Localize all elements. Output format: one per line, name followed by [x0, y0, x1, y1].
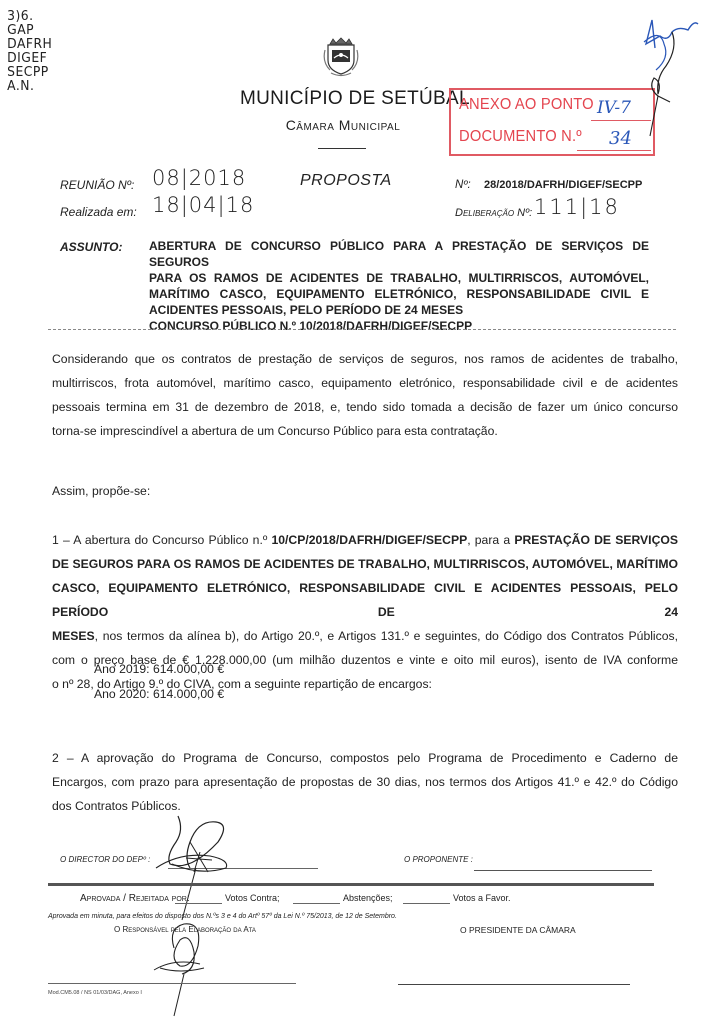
note-line: DAFRH [7, 38, 52, 52]
encargo-2020: Ano 2020: 614.000,00 € [94, 687, 224, 701]
abstentions-field [293, 903, 340, 904]
encargo-2019: Ano 2019: 614.000,00 € [94, 662, 224, 676]
votes-favor-field [403, 903, 450, 904]
municipality-title: MUNICÍPIO DE SETÚBAL [240, 88, 446, 110]
deliberacao-label: Deliberação Nº: [455, 207, 532, 219]
note-line: DIGEF [7, 52, 52, 66]
paragraph-line: pessoais termina em 31 de dezembro de 20… [52, 395, 678, 419]
coat-of-arms-icon [322, 36, 360, 78]
form-reference: Mod.CM5.08 / NS 01/03/DAG, Anexo I [48, 990, 142, 996]
stamp-label-documento: DOCUMENTO N.º [459, 128, 582, 146]
paragraph-line: CASCO, EQUIPAMENTO ELETRÓNICO, RESPONSAB… [52, 576, 678, 624]
minutes-signature-line [48, 983, 296, 984]
title-divider [318, 148, 366, 149]
minutes-signature [140, 918, 230, 1018]
proposal-item-2: 2 – A aprovação do Programa de Concurso,… [52, 746, 678, 818]
stamp-label-ponto: ANEXO AO PONTO [459, 96, 594, 114]
proposal-number-label: Nº: [455, 179, 471, 191]
president-signature-line [398, 984, 630, 985]
subject-line: PARA OS RAMOS DE ACIDENTES DE TRABALHO, … [149, 270, 649, 286]
reuniao-value: 08|2018 [152, 166, 246, 190]
text-run: , nos termos da alínea b), do Artigo 20.… [95, 629, 678, 643]
text-run-bold: CASCO, EQUIPAMENTO ELETRÓNICO, RESPONSAB… [52, 581, 678, 619]
subject-line: ACIDENTES PESSOAIS, PELO PERÍODO DE 24 M… [149, 302, 649, 318]
approval-label: Aprovada / Rejeitada por: [80, 893, 190, 904]
subject-line: ABERTURA DE CONCURSO PÚBLICO PARA A PRES… [149, 238, 649, 270]
assim-propoe-se: Assim, propõe-se: [52, 484, 150, 498]
stamp-underline [577, 150, 651, 151]
text-run-bold: MESES [52, 629, 95, 643]
subject-line: CONCURSO PÚBLICO N.º 10/2018/DAFRH/DIGEF… [149, 318, 649, 334]
realizada-value: 18|04|18 [152, 193, 254, 217]
text-run: , para a [467, 533, 514, 547]
considerando-paragraph: Considerando que os contratos de prestaç… [52, 347, 678, 443]
council-subtitle: Câmara Municipal [240, 117, 446, 133]
text-run: 1 – A abertura do Concurso Público n.º [52, 533, 271, 547]
paragraph-line: Considerando que os contratos de prestaç… [52, 347, 678, 371]
subject-divider [48, 329, 676, 330]
text-run-bold: DE SEGUROS PARA OS RAMOS DE ACIDENTES DE… [52, 557, 678, 571]
signature-top-right [600, 18, 700, 138]
handwritten-routing-note: 3)6. GAP DAFRH DIGEF SECPP A.N. [7, 10, 52, 94]
paragraph-line: torna-se imprescindível a abertura de um… [52, 419, 678, 443]
subject-text: ABERTURA DE CONCURSO PÚBLICO PARA A PRES… [149, 238, 649, 334]
paragraph-line: 2 – A aprovação do Programa de Concurso,… [52, 746, 678, 770]
note-line: 3)6. [7, 10, 52, 24]
director-label: O DIRECTOR DO DEPº : [60, 855, 150, 864]
paragraph-line: DE SEGUROS PARA OS RAMOS DE ACIDENTES DE… [52, 552, 678, 576]
votes-favor-label: Votos a Favor. [453, 893, 511, 903]
paragraph-line: dos Contratos Públicos. [52, 794, 678, 818]
note-line: SECPP [7, 66, 52, 80]
proponente-signature-line [474, 870, 652, 871]
text-run-bold: PRESTAÇÃO DE SERVIÇOS [514, 533, 678, 547]
approval-divider [48, 883, 654, 886]
paragraph-line: multirriscos, frota automóvel, marítimo … [52, 371, 678, 395]
proponente-label: O PROPONENTE : [404, 855, 473, 864]
paragraph-line: MESES, nos termos da alínea b), do Artig… [52, 624, 678, 648]
note-line: GAP [7, 24, 52, 38]
document-type: PROPOSTA [300, 172, 392, 190]
realizada-label: Realizada em: [60, 205, 137, 219]
votes-against-field [175, 903, 222, 904]
subject-line: MARÍTIMO CASCO, EQUIPAMENTO ELETRÓNICO, … [149, 286, 649, 302]
reuniao-label: REUNIÃO Nº: [60, 178, 134, 192]
paragraph-line: Encargos, com prazo para apresentação de… [52, 770, 678, 794]
proposal-number-value: 28/2018/DAFRH/DIGEF/SECPP [484, 179, 642, 191]
contest-number: 10/CP/2018/DAFRH/DIGEF/SECPP [271, 533, 467, 547]
paragraph-line: 1 – A abertura do Concurso Público n.º 1… [52, 528, 678, 552]
deliberacao-value: 111|18 [534, 195, 620, 219]
note-line: A.N. [7, 80, 52, 94]
votes-against-label: Votos Contra; [225, 893, 280, 903]
subject-label: ASSUNTO: [60, 240, 122, 254]
abstentions-label: Abstenções; [343, 893, 393, 903]
president-label: O PRESIDENTE DA CÂMARA [460, 925, 576, 935]
director-signature [150, 812, 270, 922]
